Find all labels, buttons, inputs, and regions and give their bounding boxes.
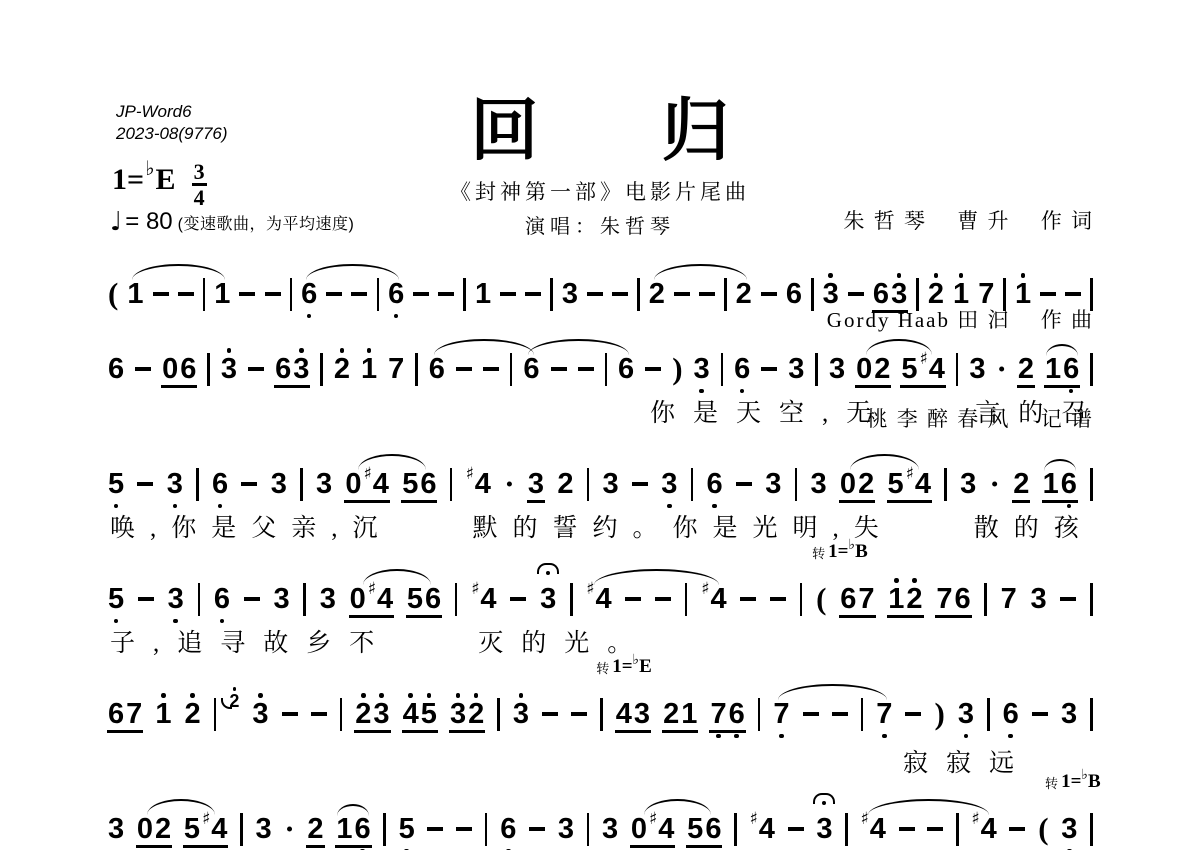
barline	[207, 347, 210, 386]
tie-slur-arc	[306, 264, 399, 280]
duration-dash	[529, 807, 545, 831]
duration-dash	[241, 462, 257, 486]
key-signature: 1= ♭ E 3 4	[112, 163, 207, 212]
duration-dash	[413, 272, 429, 296]
jianpu-note: 21	[663, 692, 697, 738]
tie-slur-arc	[778, 684, 887, 700]
credit-lyricist: 朱 哲 琴 曹 升 作 词	[827, 205, 1094, 238]
barline	[1090, 272, 1093, 311]
jianpu-note: 3	[1061, 807, 1077, 850]
key-change-label: 转1=♭B	[1045, 772, 1101, 792]
jianpu-note: 3	[316, 462, 332, 508]
jianpu-note: 3	[603, 462, 619, 508]
jianpu-note: 3	[788, 347, 804, 393]
duration-dash	[311, 692, 327, 716]
barline	[196, 462, 199, 501]
beam-underline	[935, 615, 971, 618]
jianpu-note: 43	[616, 692, 650, 738]
beam-underline	[662, 730, 698, 733]
barline	[800, 577, 803, 616]
jianpu-note: 3	[168, 577, 184, 623]
barline	[455, 577, 458, 616]
barline	[916, 272, 919, 311]
jianpu-note: 5	[399, 807, 415, 850]
time-signature: 3 4	[192, 160, 207, 209]
jianpu-note: 3	[1031, 577, 1047, 623]
barline	[290, 272, 293, 311]
beam-underline	[406, 615, 442, 618]
duration-dash	[248, 347, 264, 371]
tie-slur-arc	[434, 339, 534, 355]
grace-note: 2	[229, 686, 239, 716]
duration-dash	[438, 272, 454, 296]
duration-dash	[427, 807, 443, 831]
barline	[214, 692, 217, 731]
jianpu-note: 3	[108, 807, 124, 850]
jianpu-note: 6	[786, 272, 802, 318]
barline	[415, 347, 418, 386]
sheet-music-page: { "colors": {"ink": "#000000", "paper": …	[0, 0, 1200, 850]
octave-dot-low	[734, 734, 739, 739]
key-change-label: 转1=♭E	[596, 657, 652, 677]
jianpu-note: 3	[810, 462, 826, 508]
beam-underline	[335, 845, 371, 848]
jianpu-note: ·	[990, 462, 1000, 508]
beam-underline	[872, 310, 908, 313]
tie-slur-arc	[644, 799, 711, 815]
barline	[845, 807, 848, 846]
jianpu-note: 3	[274, 577, 290, 623]
jianpu-note: 3	[513, 692, 529, 738]
jianpu-note: 1	[361, 347, 377, 393]
jianpu-note: 3	[255, 807, 271, 850]
title-char-2: 归	[661, 93, 729, 169]
barline	[587, 462, 590, 501]
jianpu-note: 7	[978, 272, 994, 318]
lyrics-line-3: 子,追寻故乡不 灭的光。	[110, 623, 650, 659]
jianpu-note: 3	[558, 807, 574, 850]
tie-slur-arc	[358, 454, 426, 470]
jianpu-note: 3	[271, 462, 287, 508]
jianpu-note: 6	[1003, 692, 1019, 738]
duration-dash	[1009, 807, 1025, 831]
score-line-3: 536330♯456♯4·3233633025♯43·216	[108, 462, 1093, 508]
duration-dash	[525, 272, 541, 296]
tempo-marking: ♩ = 80 (变速歌曲，为平均速度)	[110, 207, 354, 237]
octave-dot-low	[1008, 734, 1013, 739]
jianpu-note: 45	[403, 692, 437, 738]
jianpu-note: 1	[1015, 272, 1031, 318]
duration-dash	[587, 272, 603, 296]
beam-underline	[855, 385, 891, 388]
beam-underline	[1017, 385, 1035, 388]
barline	[944, 462, 947, 501]
jianpu-note: 7	[388, 347, 404, 393]
barline	[463, 272, 466, 311]
barline	[570, 577, 573, 616]
tempo-remark: (变速歌曲，为平均速度)	[178, 211, 355, 234]
sharp-icon: ♯	[466, 466, 474, 483]
barline	[1090, 347, 1093, 386]
duration-dash	[740, 577, 756, 601]
jianpu-note: 3	[320, 577, 336, 623]
lyrics-line-2: 唤,你是父亲,沉 默的誓约。你是光明,失 散的孩	[110, 508, 1094, 544]
jianpu-note: 06	[162, 347, 196, 393]
tie-slur-arc	[132, 264, 225, 280]
beam-underline	[527, 500, 545, 503]
beam-underline	[274, 385, 310, 388]
meter-denominator: 4	[194, 186, 205, 209]
jianpu-note: ♯4	[466, 462, 491, 508]
jianpu-note: ·	[504, 462, 514, 508]
jianpu-note: (	[1038, 807, 1048, 850]
jianpu-note: 3	[661, 462, 677, 508]
beam-underline	[1012, 500, 1030, 503]
jianpu-note: 3	[829, 347, 845, 393]
barline: 转1=♭E	[600, 692, 603, 731]
barline	[383, 807, 386, 846]
jianpu-note: 3	[823, 272, 839, 318]
duration-dash	[500, 272, 516, 296]
jianpu-note: 6	[734, 347, 750, 393]
beam-underline	[1044, 385, 1080, 388]
flat-icon: ♭	[145, 156, 154, 180]
duration-dash	[244, 577, 260, 601]
jianpu-note: 12	[888, 577, 922, 623]
score-line-2: 606363217666)3633025♯43·216	[108, 347, 1093, 393]
beam-underline	[630, 845, 676, 848]
barline	[1090, 692, 1093, 731]
duration-dash	[736, 462, 752, 486]
jianpu-note: ·	[284, 807, 294, 850]
jianpu-note: 5	[108, 577, 124, 623]
jianpu-note: 3	[528, 462, 544, 508]
tempo-value: = 80	[125, 208, 172, 236]
tie-slur-arc	[528, 339, 629, 355]
duration-dash	[1065, 272, 1081, 296]
duration-dash	[135, 347, 151, 371]
duration-dash	[282, 692, 298, 716]
barline	[550, 272, 553, 311]
tie-slur-arc	[363, 569, 431, 585]
jianpu-note: 6	[214, 577, 230, 623]
jianpu-note: 6	[212, 462, 228, 508]
barline	[1090, 577, 1093, 616]
beam-underline	[344, 500, 390, 503]
sharp-icon: ♯	[471, 581, 479, 598]
flat-icon: ♭	[1081, 767, 1088, 783]
beam-underline	[449, 730, 485, 733]
jianpu-note: 76	[710, 692, 744, 738]
key-prefix: 1=	[112, 163, 144, 197]
jianpu-note: 23	[355, 692, 389, 738]
beam-underline	[615, 730, 651, 733]
barline	[198, 577, 201, 616]
beam-underline	[354, 730, 390, 733]
jianpu-note: ♯4	[471, 577, 496, 623]
barline	[485, 807, 488, 846]
barline: 转1=♭B	[1090, 807, 1093, 846]
duration-dash	[632, 462, 648, 486]
barline	[303, 577, 306, 616]
beam-underline	[183, 845, 229, 848]
barline	[984, 577, 987, 616]
jianpu-note: 1	[155, 692, 171, 738]
barline	[1003, 272, 1006, 311]
score-line-6: 3025♯43·21656330♯456♯43♯4♯4(3转1=♭B	[108, 807, 1093, 850]
score-line-4: 536330♯456♯43♯4♯4(转1=♭B67127673	[108, 577, 1093, 623]
jianpu-note: 2	[1018, 347, 1034, 393]
barline	[587, 807, 590, 846]
jianpu-note: 3	[969, 347, 985, 393]
jianpu-note: 3	[167, 462, 183, 508]
key-note: E	[156, 163, 176, 197]
fermata-icon	[537, 563, 559, 574]
beam-underline	[887, 500, 933, 503]
title-char-1: 回	[471, 93, 539, 169]
jianpu-note: 3	[694, 347, 710, 393]
octave-dot-low	[307, 314, 312, 319]
barline	[340, 692, 343, 731]
octave-dot-low	[779, 734, 784, 739]
barline	[734, 807, 737, 846]
beam-underline	[401, 500, 437, 503]
octave-dot-low	[716, 734, 721, 739]
jianpu-note: 2	[334, 347, 350, 393]
lyrics-line-1: 你是天空,无 言的召	[650, 393, 1104, 429]
duration-dash	[265, 272, 281, 296]
duration-dash	[510, 577, 526, 601]
tie-slur-arc	[337, 804, 369, 816]
jianpu-note: 1	[475, 272, 491, 318]
jianpu-note: 3	[602, 807, 618, 850]
score-line-5: 6712232345323转1=♭E43217677)363	[108, 692, 1093, 738]
beam-underline	[887, 615, 923, 618]
beam-underline	[306, 845, 324, 848]
tie-slur-arc	[594, 569, 719, 585]
fermata-icon	[813, 793, 835, 804]
beam-underline	[839, 500, 875, 503]
jianpu-note: 3	[958, 692, 974, 738]
jianpu-note: 3	[960, 462, 976, 508]
beam-underline	[1042, 500, 1078, 503]
jianpu-note: ·	[997, 347, 1007, 393]
jianpu-note: 3	[252, 692, 268, 738]
jianpu-note: 6	[108, 347, 124, 393]
jianpu-note: 2	[557, 462, 573, 508]
duration-dash	[456, 807, 472, 831]
barline	[721, 347, 724, 386]
jianpu-note: 2	[1013, 462, 1029, 508]
barline	[637, 272, 640, 311]
jianpu-note: )	[672, 347, 682, 393]
duration-dash	[761, 272, 777, 296]
jianpu-note: 67	[108, 692, 142, 738]
barline	[300, 462, 303, 501]
duration-dash	[1040, 272, 1056, 296]
jianpu-note: ♯4	[749, 807, 774, 850]
tie-slur-arc	[147, 799, 215, 815]
score-line-1: (1166132263632171	[108, 272, 1093, 318]
jianpu-note: (	[108, 272, 118, 318]
jianpu-note: 5	[108, 462, 124, 508]
beam-underline	[136, 845, 172, 848]
beam-underline	[709, 730, 745, 733]
duration-dash	[612, 272, 628, 296]
barline	[795, 462, 798, 501]
jianpu-note: 3	[540, 577, 556, 623]
meter-numerator: 3	[192, 160, 207, 186]
jianpu-note: 6	[707, 462, 723, 508]
barline	[956, 347, 959, 386]
jianpu-note: 3	[816, 807, 832, 850]
duration-dash	[770, 577, 786, 601]
barline	[691, 462, 694, 501]
jianpu-note: 63	[873, 272, 907, 318]
tie-slur-arc	[654, 264, 747, 280]
jianpu-note: )	[935, 692, 945, 738]
duration-dash	[761, 347, 777, 371]
beam-underline	[107, 730, 143, 733]
jianpu-note: 2	[185, 692, 201, 738]
duration-dash	[905, 692, 921, 716]
duration-dash	[1032, 692, 1048, 716]
sharp-icon: ♯	[749, 811, 757, 828]
octave-dot-low	[964, 734, 969, 739]
beam-underline	[161, 385, 197, 388]
key-change-label: 转1=♭B	[812, 542, 868, 562]
barline	[240, 807, 243, 846]
barline	[758, 692, 761, 731]
jianpu-note: 2	[928, 272, 944, 318]
duration-dash	[138, 577, 154, 601]
lyrics-line-4: 寂寂远	[903, 743, 1032, 779]
beam-underline	[900, 385, 946, 388]
duration-dash	[542, 692, 558, 716]
duration-dash	[571, 692, 587, 716]
barline	[811, 272, 814, 311]
duration-dash	[645, 347, 661, 371]
jianpu-note: 6	[500, 807, 516, 850]
jianpu-note: 32	[450, 692, 484, 738]
jianpu-note: 67	[840, 577, 874, 623]
duration-dash	[848, 272, 864, 296]
quarter-note-icon: ♩	[110, 207, 122, 237]
jianpu-note: 7	[1001, 577, 1017, 623]
beam-underline	[686, 845, 722, 848]
jianpu-note: 63	[275, 347, 309, 393]
beam-underline	[349, 615, 395, 618]
jianpu-note: 1	[953, 272, 969, 318]
barline	[1090, 462, 1093, 501]
barline	[987, 692, 990, 731]
jianpu-note: 3	[765, 462, 781, 508]
barline	[320, 347, 323, 386]
barline	[450, 462, 453, 501]
octave-dot-low	[394, 314, 399, 319]
duration-dash	[239, 272, 255, 296]
jianpu-note: 2	[307, 807, 323, 850]
duration-dash	[137, 462, 153, 486]
duration-dash	[1060, 577, 1076, 601]
barline	[497, 692, 500, 731]
jianpu-note: 3	[221, 347, 237, 393]
jianpu-note: (转1=♭B	[816, 577, 826, 623]
beam-underline	[402, 730, 438, 733]
tie-slur-arc	[868, 799, 989, 815]
barline	[815, 347, 818, 386]
octave-dot-low	[882, 734, 887, 739]
jianpu-note: 3	[1061, 692, 1077, 738]
jianpu-note: 76	[936, 577, 970, 623]
beam-underline	[839, 615, 875, 618]
duration-dash	[788, 807, 804, 831]
jianpu-note: 3	[562, 272, 578, 318]
